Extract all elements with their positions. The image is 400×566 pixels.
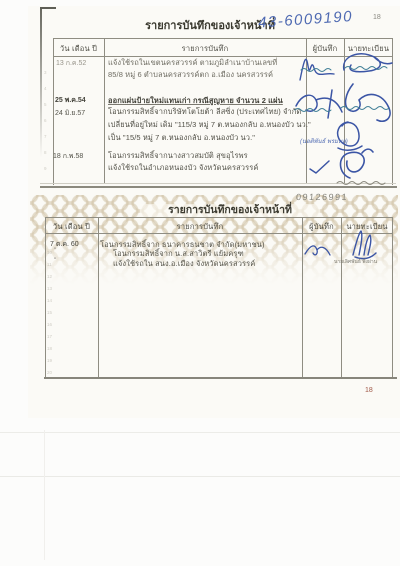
ditto-mark: ": [54, 258, 56, 264]
table2-margin-mark: 17: [47, 334, 52, 339]
stamp-text-registrar-t2-row1: นายเลิศพันธ์ พึ่งผ่าน: [334, 258, 394, 266]
table1-row3-date: 24 มิ.ย.57: [55, 108, 85, 119]
table2-margin-mark: 12: [47, 274, 52, 279]
stamp-text-registrar-row3: (นอติพันธ์ พรมพล): [300, 136, 392, 146]
table2-colhead-recorder: ผู้บันทึก: [302, 221, 341, 233]
table1-row1-line1: แจ้งใช้รถในเขตนครสวรรค์ ตามภูมิลำเนาบ้าน…: [108, 57, 277, 69]
table1-divider-1: [104, 38, 105, 184]
signature-check-row4: [308, 158, 332, 176]
ditto-mark: ": [54, 248, 56, 254]
table2-bottom-line: [44, 377, 397, 379]
table2-margin-mark: 16: [47, 322, 52, 327]
table2-margin-mark: 10: [47, 250, 52, 255]
stamp-text-row2-registrar: [340, 104, 390, 112]
table1-row2-date: 25 พ.ค.54: [55, 95, 86, 106]
table2-title: รายการบันทึกของเจ้าหน้าที่: [140, 204, 320, 217]
signature-registrar-t2-row1: [348, 229, 380, 261]
table2-margin-mark: 15: [47, 310, 52, 315]
table2-colhead-date: วัน เดือน ปี: [45, 221, 98, 233]
stamp-text-row2-recorder: [294, 106, 334, 114]
sheet-edge-vertical: [40, 8, 42, 158]
table1-row3-line2: เปลี่ยนที่อยู่ใหม่ เดิม "115/3 หมู่ 7 ต.…: [108, 119, 311, 131]
page-number-bottom: 18: [365, 387, 373, 395]
table1-margin-mark: 6: [44, 118, 47, 123]
table1-colhead-date: วัน เดือน ปี: [53, 43, 104, 55]
table2-colhead-record: รายการบันทึก: [98, 221, 302, 233]
stamp-text-row1-recorder: [300, 66, 332, 74]
table2-margin-mark: 19: [47, 358, 52, 363]
table2-margin-mark: 14: [47, 298, 52, 303]
stamp-text-row4-registrar: [336, 179, 388, 187]
table1-row1-date: 13 ก.ค.52: [56, 58, 86, 69]
table1-row4-date: 18 ก.พ.58: [53, 151, 83, 162]
table1-row4-line2: แจ้งใช้รถในอำเภอหนองบัว จังหวัดนครสวรรค์: [108, 162, 258, 174]
table2-margin-mark: 20: [47, 370, 52, 375]
table1-margin-mark: 4: [44, 86, 47, 91]
table1-margin-mark: 3: [44, 70, 47, 75]
table1-row1-line2: 85/8 หมู่ 6 ตำบลนครสวรรค์ตก อ.เมือง นครส…: [108, 69, 273, 81]
table2-divider-1: [98, 217, 99, 377]
scan-artifact-vertical: [44, 430, 45, 560]
signature-recorder-t2-row1: [303, 240, 333, 260]
table1-row3-line3: เป็น "15/5 หมู่ 7 ต.หนองกลับ อ.หนองบัว น…: [108, 132, 255, 144]
scan-artifact-line-1: [0, 432, 400, 433]
table2-divider-3: [341, 217, 342, 377]
sheet-edge-corner: [40, 7, 56, 9]
table1-colhead-record: รายการบันทึก: [104, 43, 306, 55]
table1-margin-mark: 8: [44, 150, 47, 155]
table1-margin-mark: 7: [44, 134, 47, 139]
table1-row3-line1: โอนกรรมสิทธิ์จากบริษัทโตโยต้า ลีสซิ่ง (ป…: [108, 106, 301, 118]
table2-margin-mark: 11: [47, 262, 52, 267]
table2-margin-mark: 13: [47, 286, 52, 291]
scan-artifact-line-2: [0, 476, 400, 477]
table1-row4-line1: โอนกรรมสิทธิ์จากนางสาวสมบัติ สุขอุไรพร: [108, 150, 248, 162]
table2-margin-mark: 18: [47, 346, 52, 351]
serial-number: 09126991: [296, 192, 349, 203]
table2-row1-line3: แจ้งใช้รถใน สนง.อ.เมือง จังหวัดนครสวรรค์: [113, 258, 255, 270]
table1-margin-mark: 5: [44, 102, 47, 107]
page-number-top: 18: [373, 14, 381, 22]
table1-margin-mark: 9: [44, 166, 47, 171]
signature-registrar-row4: [334, 146, 376, 182]
stamp-text-row1-registrar: [344, 64, 390, 72]
